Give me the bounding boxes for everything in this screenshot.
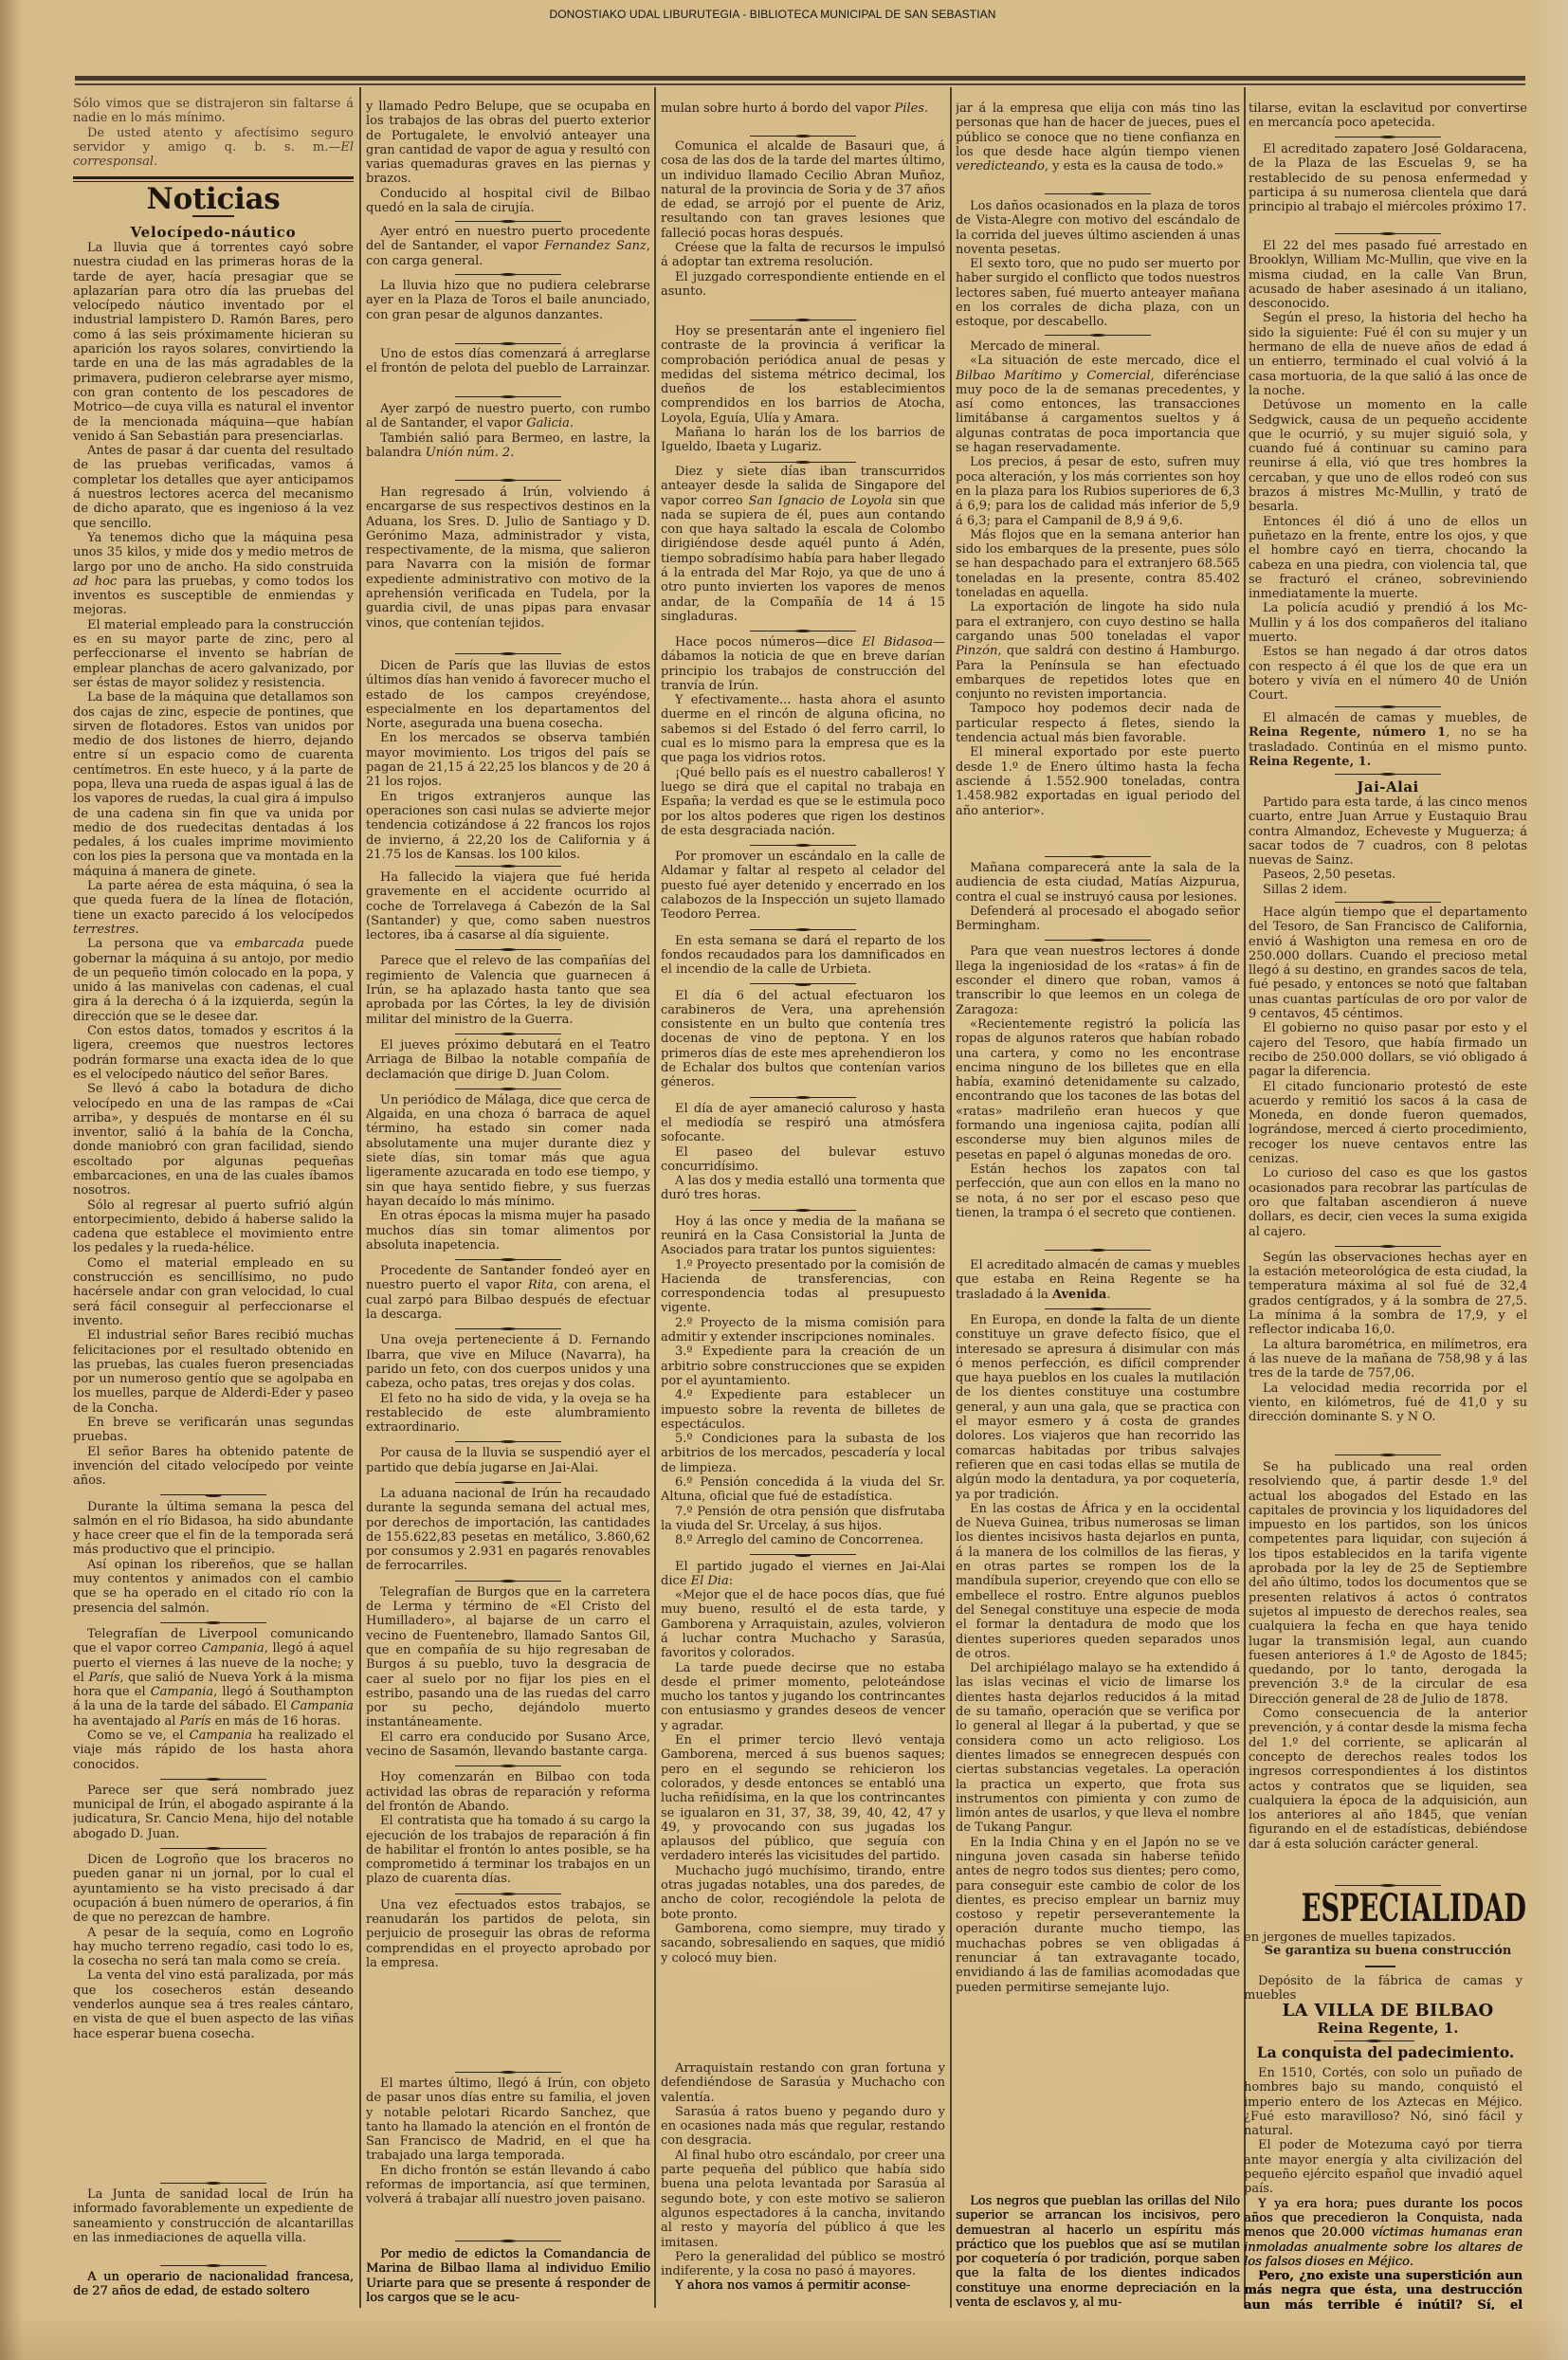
article-fernandez-sanz: Ayer entró en nuestro puerto procedente …	[366, 225, 650, 269]
archive-watermark: DONOSTIAKO UDAL LIBURUTEGIA - BIBLIOTECA…	[0, 8, 1545, 21]
italic-run: Rita	[528, 1278, 554, 1292]
text-run: Ayer zarpó de nuestro puerto, con rumbo …	[366, 402, 650, 430]
paragraph: Hoy á las once y media de la mañana se r…	[661, 1215, 945, 1258]
section-title: Noticias	[73, 182, 354, 216]
text-run: La persona que va	[87, 937, 234, 951]
paragraph: A un operario de nacionalidad francesa, …	[73, 2270, 354, 2299]
paragraph: La Junta de sanidad local de Irún ha inf…	[73, 2187, 354, 2245]
text-run: en más de 16 horas.	[210, 1714, 340, 1729]
paragraph: Créese que la falta de recursos le impul…	[661, 241, 945, 270]
article-junta-sanidad: La Junta de sanidad local de Irún ha inf…	[73, 2187, 354, 2260]
italic-run: terrestres	[73, 923, 136, 937]
ornamental-rule	[750, 1554, 856, 1557]
paragraph: tilarse, evitan la esclavitud por conver…	[1249, 101, 1527, 131]
article-brooklyn: El 22 del mes pasado fué arrestado en Br…	[1249, 239, 1527, 701]
paragraph: Por medio de edictos la Comandancia de M…	[366, 2247, 650, 2305]
ornamental-rule	[1045, 334, 1151, 337]
paragraph: En el primer tercio llevó ventaja Gambor…	[661, 1733, 945, 1864]
paragraph: Conducido al hospital civil de Bilbao qu…	[366, 187, 650, 216]
advertisement-store-name: LA VILLA DE BILBAO	[1249, 2002, 1527, 2021]
paragraph: Telegrafían de Burgos que en la carreter…	[366, 1585, 650, 1730]
italic-run: Fernandez Sanz	[544, 239, 647, 253]
ornamental-rule	[455, 1327, 561, 1330]
paragraph: Paseos, 2,50 pesetas.	[1249, 868, 1527, 882]
paragraph: «La situación de este mercado, dice el B…	[956, 354, 1240, 455]
italic-run: veredicteando	[956, 159, 1045, 174]
paragraph: «Recientemente registró la policía las r…	[956, 1017, 1240, 1162]
paragraph: En las costas de África y en la occident…	[956, 1502, 1240, 1661]
article-fronton-larrainzar: Uno de estos días comenzará á arreglarse…	[366, 347, 650, 392]
paragraph: Los daños ocasionados en la plaza de tor…	[956, 199, 1240, 257]
italic-run: Campania	[201, 1641, 264, 1656]
advertisement-headline-text: ESPECIALIDAD	[1302, 1891, 1526, 1927]
paragraph: mulan sobre hurto á bordo del vapor Pile…	[661, 101, 945, 116]
article-malaga-ayuno: Un periódico de Málaga, dice que cerca d…	[366, 1093, 650, 1253]
agenda-item: 1.º Proyecto presentado por la comisión …	[661, 1258, 945, 1316]
ornamental-rule	[1335, 136, 1441, 138]
ornamental-rule	[750, 928, 856, 931]
paragraph: El juzgado correspondiente entiende en e…	[661, 270, 945, 300]
paragraph: Defenderá al procesado el abogado señor …	[956, 905, 1240, 934]
article-pesas-medidas: Hoy se presentarán ante el ingeniero fie…	[661, 324, 945, 455]
paragraph: Antes de pasar á dar cuenta del resultad…	[73, 444, 354, 531]
ornamental-rule	[750, 1096, 856, 1099]
paragraph: El paseo del bulevar estuvo concurridísi…	[661, 1145, 945, 1175]
paragraph: El contratista que ha tomado á su cargo …	[366, 1814, 650, 1886]
article-velocipedo-nautico: La lluvia que á torrentes cayó sobre nue…	[73, 241, 354, 1489]
article-paris-trigos: Dicen de París que las lluvias de estos …	[366, 659, 650, 858]
article-logrono: Dicen de Logroño que los braceros no pue…	[73, 1853, 354, 2041]
text-run: La exportación de lingote ha sido nula p…	[956, 600, 1240, 644]
article-viajera: Ha fallecido la viajera que fué herida g…	[366, 870, 650, 942]
ornamental-rule	[160, 2264, 266, 2267]
text-run: .	[510, 446, 514, 460]
paragraph: Diez y siete días iban transcurridos ant…	[661, 465, 945, 624]
paragraph: El gobierno no quiso pasar por esto y el…	[1249, 1021, 1527, 1079]
article-burgos-accidente: Telegrafían de Burgos que en la carreter…	[366, 1585, 650, 1760]
paragraph: El día de ayer amaneció caluroso y hasta…	[661, 1102, 945, 1145]
article-liverpool-campania: Telegrafían de Liverpool comunicando que…	[73, 1627, 354, 1772]
ornamental-rule	[455, 865, 561, 868]
article-jai-alai-suspendido: Por causa de la lluvia se suspendió ayer…	[366, 1446, 650, 1475]
paragraph: Y efectivamente... hasta ahora el asunto…	[661, 693, 945, 765]
ornamental-rule	[1334, 2040, 1414, 2042]
article-jueces-continued: jar á la empresa que elija con más tino …	[956, 101, 1240, 189]
article-partido-jai-alai-continued: Arraquistain restando con gran fortuna y…	[661, 2061, 945, 2310]
italic-run: Campania	[151, 1685, 213, 1699]
paragraph: La policía acudió y prendió á los Mc-Mul…	[1249, 601, 1527, 645]
article-juez-irun: Parece ser que será nombrado juez munici…	[73, 1784, 354, 1841]
paragraph: Para que vean nuestros lectores á donde …	[956, 944, 1240, 1016]
ornamental-rule	[160, 1494, 266, 1497]
paragraph: El partido jugado el viernes en Jai-Alai…	[661, 1560, 945, 1589]
column-4-news-flow-a: Mañana comparecerá ante la sala de la au…	[956, 850, 1240, 1242]
paragraph: Al final hubo otro escándalo, por creer …	[661, 2149, 945, 2250]
text-run: , que saldrá con destino á Hamburgo. Par…	[956, 644, 1240, 702]
article-conquista-padecimiento: En 1510, Cortés, con solo un puñado de h…	[1244, 2066, 1522, 2310]
ornamental-rule	[160, 1778, 266, 1781]
advertisement-headline: ESPECIALIDAD	[1249, 1891, 1527, 1927]
article-partido-jai-alai: El partido jugado el viernes en Jai-Alai…	[661, 1560, 945, 1966]
article-fronton-abando: Hoy comenzarán en Bilbao con toda activi…	[366, 1770, 650, 1886]
paragraph: En 1510, Cortés, con solo un puñado de h…	[1244, 2066, 1522, 2138]
top-rule-thin	[75, 83, 1525, 85]
paragraph: En trigos extranjeros aunque las operaci…	[366, 790, 650, 858]
article-carabineros-vera: El día 6 del actual efectuaron los carab…	[661, 989, 945, 1090]
paragraph: Un periódico de Málaga, dice que cerca d…	[366, 1093, 650, 1209]
paragraph: La venta del vino está paralizada, por m…	[73, 1968, 354, 2040]
advertisement-tagline: en jergones de muelles tapizados.	[1244, 1930, 1527, 1945]
italic-run: París	[88, 1671, 119, 1685]
article-salmon-bidasoa: Durante la última semana la pesca del sa…	[73, 1500, 354, 1616]
ornamental-rule	[750, 319, 856, 321]
paragraph: La exportación de lingote ha sido nula p…	[956, 600, 1240, 702]
paragraph: Como el material empleado en su construc…	[73, 1256, 354, 1328]
article-tesoro-san-francisco: Hace algún tiempo que el departamento de…	[1249, 906, 1527, 1239]
paragraph: La altura barométrica, en milímetros, er…	[1249, 1338, 1527, 1381]
article-teatro-arriaga: El jueves próximo debutará en el Teatro …	[366, 1038, 650, 1082]
paragraph: Por promover un escándalo en la calle de…	[661, 850, 945, 922]
section-rule	[73, 176, 354, 179]
italic-run: Galicia	[526, 416, 570, 430]
paragraph: En dicho frontón se están llevando á cab…	[366, 2164, 650, 2207]
paragraph: Mañana comparecerá ante la sala de la au…	[956, 861, 1240, 905]
ornamental-rule	[1335, 232, 1441, 235]
text-run: mulan sobre hurto á bordo del vapor	[661, 101, 895, 116]
paragraph: Uno de estos días comenzará á arreglarse…	[366, 347, 650, 376]
paragraph: Hace pocos números—dice El Bidasoa—dábam…	[661, 635, 945, 693]
paragraph: Sillas 2 idem.	[1249, 883, 1527, 897]
paragraph: En otras épocas la misma mujer ha pasado…	[366, 1209, 650, 1253]
article-aduana-regreso: Han regresado á Irún, volviendo á encarg…	[366, 485, 650, 646]
paragraph: El jueves próximo debutará en el Teatro …	[366, 1038, 650, 1082]
paragraph: En los mercados se observa también mayor…	[366, 731, 650, 789]
paragraph: Del archipiélago malayo se ha extendido …	[956, 1661, 1240, 1836]
paragraph: Muchacho jugó muchísimo, tirando, entre …	[661, 1864, 945, 1922]
paragraph: Como se ve, el Campania ha realizado el …	[73, 1729, 354, 1772]
article-aldamar: Por promover un escándalo en la calle de…	[661, 850, 945, 922]
italic-run: París	[180, 1714, 211, 1729]
article-meteorologia: Según las observaciones hechas ayer en l…	[1249, 1251, 1527, 1425]
paragraph: La velocidad media recorrida por el vien…	[1249, 1381, 1527, 1425]
ornamental-rule	[160, 1847, 266, 1850]
ornamental-rule	[455, 220, 561, 223]
paragraph: Se llevó á cabo la botadura de dicho vel…	[73, 1082, 354, 1198]
article-mercado-mineral: Mercado de mineral. «La situación de est…	[956, 339, 1240, 850]
ornamental-rule	[455, 1033, 561, 1035]
paragraph: Ya tenemos dicho que la máquina pesa uno…	[73, 531, 354, 618]
paragraph: El acreditado zapatero José Goldaracena,…	[1249, 142, 1527, 214]
paragraph: Y ya era hora; pues durante los pocos añ…	[1244, 2197, 1522, 2269]
paragraph: Parece que el relevo de las compañías de…	[366, 954, 650, 1026]
ornamental-rule	[455, 1258, 561, 1261]
column-3-news-flow: Hace pocos números—dice El Bidasoa—dábam…	[661, 635, 945, 2061]
paragraph: La aduana nacional de Irún ha recaudado …	[366, 1487, 650, 1574]
italic-run: Bilbao Marítimo y Comercial	[956, 369, 1151, 383]
paragraph: Mercado de mineral.	[956, 339, 1240, 354]
article-relevo-companias: Parece que el relevo de las compañías de…	[366, 954, 650, 1026]
paragraph: Dicen de París que las lluvias de estos …	[366, 659, 650, 731]
paragraph: En la India China y en el Japón no se ve…	[956, 1836, 1240, 1995]
paragraph: El día 6 del actual efectuaron los carab…	[661, 989, 945, 1090]
paragraph: El mineral exportado por este puerto des…	[956, 745, 1240, 817]
paragraph: Más flojos que en la semana anterior han…	[956, 528, 1240, 600]
paragraph: El feto no ha sido de vida, y la oveja s…	[366, 1392, 650, 1436]
paragraph: Han regresado á Irún, volviendo á encarg…	[366, 485, 650, 631]
paragraph: A las dos y media estalló una tormenta q…	[661, 1174, 945, 1203]
article-san-ignacio-de-loyola: Diez y siete días iban transcurridos ant…	[661, 465, 945, 627]
ornamental-rule	[455, 2071, 561, 2074]
column-divider	[359, 87, 361, 2308]
article-dientes: En Europa, en donde la falta de un dient…	[956, 1313, 1240, 2194]
paragraph: Y ahora nos vamos á permitir aconse-	[661, 2278, 945, 2293]
paragraph: A pesar de la sequía, como en Logroño ha…	[73, 1926, 354, 1969]
bold-run: Reina Regente, 1.	[1249, 755, 1371, 769]
article-vapor-rita: Procedente de Santander fondeó ayer en n…	[366, 1264, 650, 1322]
agenda-item: 4.º Expediente para establecer un impues…	[661, 1388, 945, 1432]
paragraph: En Europa, en donde la falta de un dient…	[956, 1313, 1240, 1502]
article-almacen-reina-regente: El almacén de camas y muebles, de Reina …	[1249, 711, 1527, 770]
italic-run: El Bidasoa	[862, 635, 933, 649]
short-rule	[192, 215, 234, 217]
column-divider	[654, 87, 656, 2308]
article-heading: La conquista del padecimiento.	[1244, 2044, 1527, 2061]
italic-run: San Ignacio de Loyola	[749, 494, 893, 508]
text-run: Ya tenemos dicho que la máquina pesa uno…	[73, 531, 354, 575]
article-urbieta: En esta semana se dará el reparto de los…	[661, 934, 945, 978]
italic-run: Unión núm. 2	[426, 446, 510, 460]
text-run: :	[729, 1574, 733, 1588]
paragraph: En esta semana se dará el reparto de los…	[661, 934, 945, 978]
paragraph: Comunica el alcalde de Basauri que, á co…	[661, 139, 945, 241]
paragraph: La lluvia que á torrentes cayó sobre nue…	[73, 241, 354, 444]
article-closing-letter: Sólo vimos que se distrajeron sin faltar…	[73, 97, 354, 171]
paragraph: Sólo al regresar al puerto sufrió algún …	[73, 1198, 354, 1256]
paragraph: El 22 del mes pasado fué arrestado en Br…	[1249, 239, 1527, 311]
paragraph: y llamado Pedro Belupe, que se ocupaba e…	[366, 100, 650, 187]
paragraph: Mañana lo harán los de los barrios de Ig…	[661, 426, 945, 455]
article-vapor-galicia: Ayer zarpó de nuestro puerto, con rumbo …	[366, 402, 650, 476]
article-ratas-zaragoza: Para que vean nuestros lectores á donde …	[956, 944, 1240, 1220]
paragraph: «Mejor que el de hace pocos días, que fu…	[661, 1588, 945, 1660]
short-rule	[1365, 1966, 1395, 1967]
paragraph: En breve se verificarán unas segundas pr…	[73, 1416, 354, 1445]
article-junta-asociados: Hoy á las once y media de la mañana se r…	[661, 1215, 945, 1548]
text-run: .	[924, 101, 928, 116]
agenda-item: 8.º Arreglo del camino de Concorrenea.	[661, 1533, 945, 1547]
paragraph: Con estos datos, tomados y escritos á la…	[73, 1024, 354, 1082]
text-run: «La situación de este mercado, dice el	[970, 354, 1240, 368]
ornamental-rule	[455, 2240, 561, 2242]
paragraph: Pero la generalidad del público se mostr…	[661, 2250, 945, 2279]
column-2-news-flow: Ha fallecido la viajera que fué herida g…	[366, 859, 650, 2067]
article-esclavitud-continued: tilarse, evitan la esclavitud por conver…	[1249, 101, 1527, 131]
text-run: De usted atento y afectísimo seguro serv…	[73, 126, 354, 155]
article-vista-alegre: Los daños ocasionados en la plaza de tor…	[956, 199, 1240, 330]
paragraph: Hoy comenzarán en Bilbao con toda activi…	[366, 1770, 650, 1814]
ornamental-rule	[750, 135, 856, 137]
ornamental-rule	[455, 1088, 561, 1090]
paragraph: Ayer zarpó de nuestro puerto, con rumbo …	[366, 402, 650, 431]
italic-run: Campania	[190, 1729, 252, 1743]
text-run: Como se ve, el	[87, 1729, 190, 1743]
paragraph: También salió para Bermeo, en lastre, la…	[366, 431, 650, 461]
paragraph: La persona que va embarcada puede gobern…	[73, 937, 354, 1024]
ornamental-rule	[160, 1621, 266, 1624]
article-baile: La lluvia hizo que no pudiera celebrarse…	[366, 279, 650, 338]
ornamental-rule	[455, 479, 561, 482]
article-heading: Velocípedo-náutico	[73, 224, 354, 241]
article-dientes-nilo: Los negros que pueblan las orillas del N…	[956, 2194, 1240, 2310]
article-reanudacion-partidos: Una vez efectuados estos trabajos, se re…	[366, 1898, 650, 1970]
ornamental-rule	[1045, 939, 1151, 942]
ornamental-rule	[750, 844, 856, 847]
ornamental-rule	[750, 983, 856, 986]
agenda-item: 7.º Pensión de otra pensión que disfruta…	[661, 1505, 945, 1534]
bold-run: Avenida	[1052, 1288, 1106, 1302]
paragraph: Tampoco hoy podemos decir nada de partic…	[956, 702, 1240, 745]
paragraph: El carro era conducido por Susano Arce, …	[366, 1730, 650, 1760]
article-zapatero: El acreditado zapatero José Goldaracena,…	[1249, 142, 1527, 229]
paragraph: Entonces él dió á uno de ellos un puñeta…	[1249, 515, 1527, 602]
ornamental-rule	[1335, 773, 1441, 776]
ornamental-rule	[1045, 1249, 1151, 1252]
ornamental-rule	[455, 1481, 561, 1484]
article-tranvia-irun: Hace pocos números—dice El Bidasoa—dábam…	[661, 635, 945, 838]
ornamental-rule	[455, 342, 561, 345]
agenda-item: 6.º Pensión concedida á la viuda del Sr.…	[661, 1475, 945, 1505]
paragraph: Como consecuencia de la anterior prevenc…	[1249, 1707, 1527, 1852]
column-1-news-flow: La lluvia que á torrentes cayó sobre nue…	[73, 241, 354, 2179]
ornamental-rule	[750, 630, 856, 632]
article-aduana-recaudacion: La aduana nacional de Irún ha recaudado …	[366, 1487, 650, 1574]
ornamental-rule	[160, 2182, 266, 2185]
text-run: La parte aérea de esta máquina, ó sea la…	[73, 879, 354, 923]
paragraph: Hace algún tiempo que el departamento de…	[1249, 906, 1527, 1021]
ornamental-rule	[1045, 192, 1151, 195]
paragraph: Pero, ¿no existe una superstición aun má…	[1244, 2269, 1522, 2310]
paragraph: La base de la máquina que detallamos son…	[73, 690, 354, 879]
article-audiencia: Mañana comparecerá ante la sala de la au…	[956, 861, 1240, 933]
paragraph: Estos se han negado á dar otros datos co…	[1249, 645, 1527, 701]
italic-run: El Dia	[691, 1574, 729, 1588]
paragraph: Parece ser que será nombrado juez munici…	[73, 1784, 354, 1841]
paragraph: El industrial señor Bares recibió muchas…	[73, 1328, 354, 1416]
article-basauri: Comunica el alcalde de Basauri que, á co…	[661, 139, 945, 314]
agenda-item: 3.º Expediente para la creación de un ar…	[661, 1345, 945, 1388]
paragraph: jar á la empresa que elija con más tino …	[956, 101, 1240, 174]
paragraph: El material empleado para la construcció…	[73, 618, 354, 690]
text-run: .	[570, 416, 574, 430]
text-run: ha aventajado al	[73, 1714, 180, 1729]
paragraph: Gamborena, como siempre, muy tirado y sa…	[661, 1922, 945, 1966]
paragraph: La lluvia hizo que no pudiera celebrarse…	[366, 279, 650, 322]
paragraph: Por causa de la lluvia se suspendió ayer…	[366, 1446, 650, 1475]
paragraph: Los precios, á pesar de esto, sufren muy…	[956, 455, 1240, 527]
article-almacen-avenida: El acreditado almacén de camas y muebles…	[956, 1258, 1240, 1303]
paragraph: Sólo vimos que se distrajeron sin faltar…	[73, 97, 354, 126]
italic-run: ad hoc	[73, 575, 117, 589]
ornamental-rule	[1045, 1308, 1151, 1310]
paragraph: Procedente de Santander fondeó ayer en n…	[366, 1264, 650, 1322]
paragraph: Hoy se presentarán ante el ingeniero fie…	[661, 324, 945, 426]
agenda-item: 2.º Proyecto de la misma comisión para a…	[661, 1316, 945, 1345]
ornamental-rule	[455, 1893, 561, 1895]
paragraph: Así opinan los ribereños, que se hallan …	[73, 1558, 354, 1616]
ornamental-rule	[1335, 1454, 1441, 1456]
article-belupe: y llamado Pedro Belupe, que se ocupaba e…	[366, 100, 650, 216]
text-run: Hace pocos números—dice	[675, 635, 862, 649]
italic-run: Pinzón	[956, 644, 997, 658]
italic-run: embarcada	[234, 937, 303, 951]
paragraph: Dicen de Logroño que los braceros no pue…	[73, 1853, 354, 1925]
article-vapor-piles: mulan sobre hurto á bordo del vapor Pile…	[661, 101, 945, 131]
paragraph: El poder de Motezuma cayó por tierra ant…	[1244, 2138, 1522, 2196]
paragraph: Según las observaciones hechas ayer en l…	[1249, 1251, 1527, 1338]
ornamental-rule	[455, 652, 561, 655]
paragraph: Sarasúa á ratos bueno y pegando duro y e…	[661, 2105, 945, 2149]
paragraph: Se ha publicado una real orden resolvien…	[1249, 1460, 1527, 1707]
ornamental-rule	[455, 1765, 561, 1767]
article-oveja: Una oveja perteneciente á D. Fernando Ib…	[366, 1333, 650, 1435]
column-5-news-flow: Hace algún tiempo que el departamento de…	[1249, 906, 1527, 1454]
ornamental-rule	[455, 1580, 561, 1582]
article-edictos-marina: Por medio de edictos la Comandancia de M…	[366, 2247, 650, 2308]
paragraph: El martes último, llegó á Irún, con obje…	[366, 2076, 650, 2164]
paragraph: El acreditado almacén de camas y muebles…	[956, 1258, 1240, 1302]
paragraph: Telegrafían de Liverpool comunicando que…	[73, 1627, 354, 1729]
paragraph: El citado funcionario protestó de este a…	[1249, 1080, 1527, 1167]
bold-run: Reina Regente, número 1	[1249, 725, 1446, 740]
ornamental-rule	[1335, 1245, 1441, 1248]
paragraph: Depósito de la fábrica de camas y mueble…	[1244, 1974, 1522, 2003]
advertisement-guarantee: Se garantiza su buena construcción	[1249, 1944, 1527, 1958]
paragraph: Los negros que pueblan las orillas del N…	[956, 2194, 1240, 2310]
text-run: El almacén de camas y muebles, de	[1263, 711, 1527, 725]
paragraph: De usted atento y afectísimo seguro serv…	[73, 126, 354, 170]
ornamental-rule	[455, 948, 561, 951]
paragraph: La parte aérea de esta máquina, ó sea la…	[73, 879, 354, 937]
text-run: .	[1410, 2255, 1413, 2269]
article-tiempo: El día de ayer amaneció caluroso y hasta…	[661, 1102, 945, 1203]
text-run: .	[136, 923, 139, 937]
paragraph: ¡Qué bello país es el nuestro caballeros…	[661, 766, 945, 838]
paragraph: El almacén de camas y muebles, de Reina …	[1249, 711, 1527, 769]
paragraph: El sexto toro, que no pudo ser muerto po…	[956, 257, 1240, 329]
ornamental-rule	[750, 461, 856, 464]
paragraph: Ayer entró en nuestro puerto procedente …	[366, 225, 650, 268]
article-jai-alai-partido: Partido para esta tarde, á las cinco men…	[1249, 796, 1527, 898]
text-run: , y esta es la causa de todo.»	[1045, 159, 1224, 174]
ornamental-rule	[750, 1209, 856, 1212]
paragraph: Una vez efectuados estos trabajos, se re…	[366, 1898, 650, 1970]
article-ricardo-sanchez: El martes último, llegó á Irún, con obje…	[366, 2076, 650, 2236]
paragraph: Una oveja perteneciente á D. Fernando Ib…	[366, 1333, 650, 1391]
ornamental-rule	[455, 1440, 561, 1443]
paragraph: Lo curioso del caso es que los gastos oc…	[1249, 1166, 1527, 1238]
agenda-item: 5.º Condiciones para la subasta de los a…	[661, 1432, 945, 1475]
text-run: .	[1106, 1288, 1110, 1302]
paragraph: Ha fallecido la viajera que fué herida g…	[366, 870, 650, 942]
italic-run: Campania	[291, 1699, 354, 1713]
ornamental-rule	[455, 395, 561, 398]
article-operario-frances: A un operario de nacionalidad francesa, …	[73, 2270, 354, 2304]
paragraph: Arraquistain restando con gran fortuna y…	[661, 2061, 945, 2105]
paragraph: Durante la última semana la pesca del sa…	[73, 1500, 354, 1558]
paragraph: La tarde puede decirse que no estaba des…	[661, 1661, 945, 1733]
paragraph: El señor Bares ha obtenido patente de in…	[73, 1445, 354, 1489]
ornamental-rule	[455, 273, 561, 276]
